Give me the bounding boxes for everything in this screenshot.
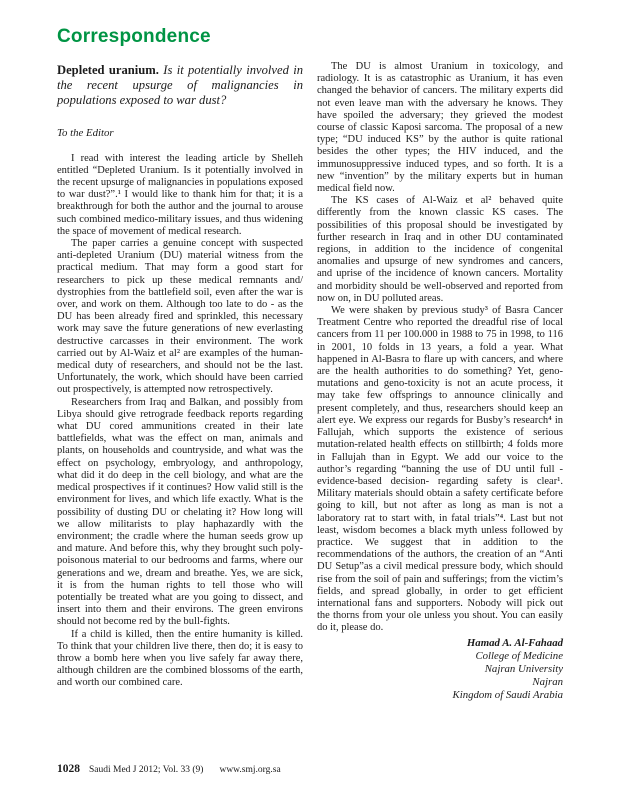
author-name: Hamad A. Al-Fahaad bbox=[317, 637, 563, 650]
page-number: 1028 bbox=[57, 763, 80, 775]
two-column-layout: Depleted uranium. Is it potentially invo… bbox=[57, 61, 563, 703]
article-title-bold: Depleted uranium. bbox=[57, 63, 159, 77]
paragraph: The paper carries a genuine concept with… bbox=[57, 238, 303, 397]
journal-page: Correspondence Depleted uranium. Is it p… bbox=[0, 0, 620, 797]
signature-block: Hamad A. Al-Fahaad College of Medicine N… bbox=[317, 637, 563, 703]
paragraph: The DU is almost Uranium in toxicology, … bbox=[317, 61, 563, 195]
salutation: To the Editor bbox=[57, 127, 303, 139]
journal-website: www.smj.org.sa bbox=[219, 765, 280, 775]
paragraph: If a child is killed, then the entire hu… bbox=[57, 629, 303, 690]
author-affiliation: Najran University bbox=[317, 663, 563, 676]
paragraph: Researchers from Iraq and Balkan, and po… bbox=[57, 397, 303, 629]
author-affiliation: Najran bbox=[317, 676, 563, 689]
journal-citation: Saudi Med J 2012; Vol. 33 (9) bbox=[89, 765, 203, 775]
paragraph: The KS cases of Al-Waiz et al² behaved q… bbox=[317, 195, 563, 305]
article-title: Depleted uranium. Is it potentially invo… bbox=[57, 63, 303, 109]
author-affiliation: Kingdom of Saudi Arabia bbox=[317, 689, 563, 702]
paragraph: I read with interest the leading article… bbox=[57, 153, 303, 238]
paragraph: We were shaken by previous study³ of Bas… bbox=[317, 305, 563, 634]
left-column: Depleted uranium. Is it potentially invo… bbox=[57, 61, 303, 703]
right-column: The DU is almost Uranium in toxicology, … bbox=[317, 61, 563, 703]
author-affiliation: College of Medicine bbox=[317, 650, 563, 663]
page-footer: 1028 Saudi Med J 2012; Vol. 33 (9) www.s… bbox=[57, 763, 281, 775]
section-heading: Correspondence bbox=[57, 26, 563, 48]
